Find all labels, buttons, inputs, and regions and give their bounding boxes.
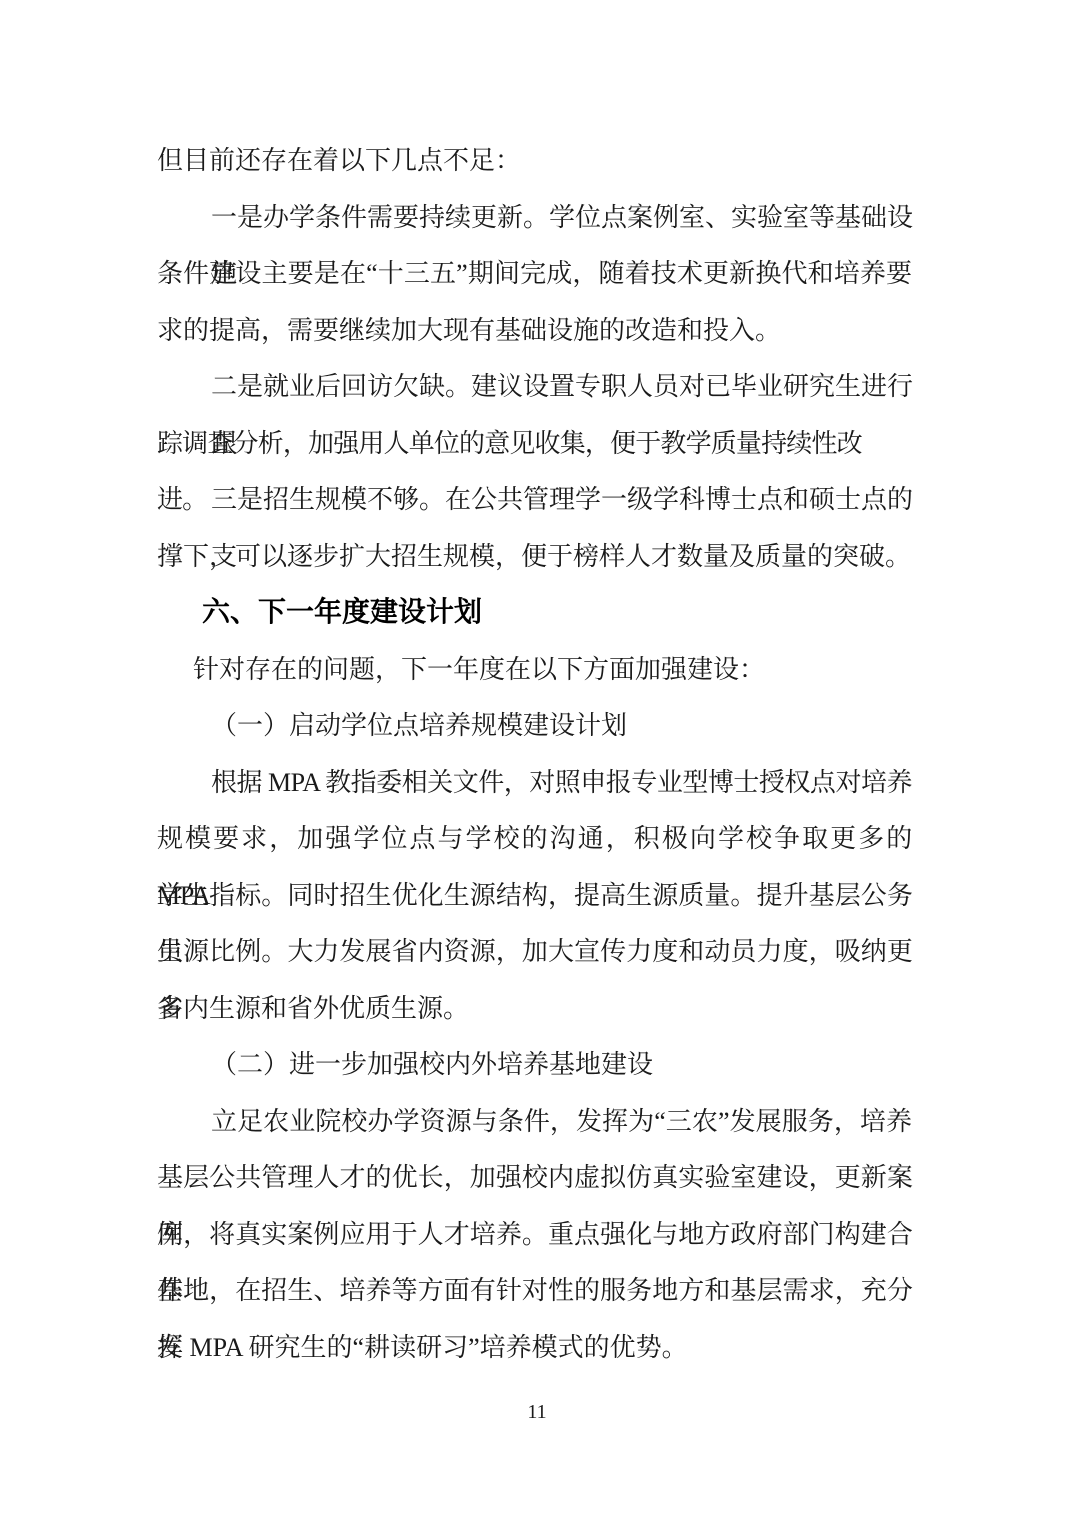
text-line: （一）启动学位点培养规模建设计划 — [157, 698, 912, 755]
text-line: 一是办学条件需要持续更新。学位点案例室、实验室等基础设施 — [157, 190, 912, 247]
para-plan-1: 根据 MPA 教指委相关文件，对照申报专业型博士授权点对培养规模要求，加强学位点… — [157, 755, 912, 1038]
text-line: 二是就业后回访欠缺。建议设置专职人员对已毕业研究生进行跟 — [157, 359, 912, 416]
page-number-footer: 11 — [0, 1400, 1074, 1424]
text-line: 立足农业院校办学资源与条件，发挥为“三农”发展服务，培养 — [157, 1094, 912, 1151]
text-line: 六、下一年度建设计划 — [157, 585, 912, 642]
text-line: 根据 MPA 教指委相关文件，对照申报专业型博士授权点对培养 — [157, 755, 912, 812]
text-line: 三是招生规模不够。在公共管理学一级学科博士点和硕士点的支 — [157, 472, 912, 529]
section-heading-6: 六、下一年度建设计划 — [157, 585, 912, 642]
para-intro: 针对存在的问题，下一年度在以下方面加强建设： — [157, 642, 912, 699]
text-line: 但目前还存在着以下几点不足： — [157, 133, 912, 190]
para-point-3: 三是招生规模不够。在公共管理学一级学科博士点和硕士点的支撑下，可以逐步扩大招生规… — [157, 472, 912, 585]
subheading-plan-1: （一）启动学位点培养规模建设计划 — [157, 698, 912, 755]
text-line: 生源比例。大力发展省内资源，加大宣传力度和动员力度，吸纳更多 — [157, 924, 912, 981]
para-point-1: 一是办学条件需要持续更新。学位点案例室、实验室等基础设施条件建设主要是在“十三五… — [157, 190, 912, 360]
text-line: 学生指标。同时招生优化生源结构，提高生源质量。提升基层公务员 — [157, 868, 912, 925]
text-line: 条件建设主要是在“十三五”期间完成，随着技术更新换代和培养要 — [157, 246, 912, 303]
text-line: 求的提高，需要继续加大现有基础设施的改造和投入。 — [157, 303, 912, 360]
text-line: 挥 MPA 研究生的“耕读研习”培养模式的优势。 — [157, 1320, 912, 1377]
text-line: 省内生源和省外优质生源。 — [157, 981, 912, 1038]
text-line: 基地，在招生、培养等方面有针对性的服务地方和基层需求，充分发 — [157, 1263, 912, 1320]
text-line: 库，将真实案例应用于人才培养。重点强化与地方政府部门构建合作 — [157, 1207, 912, 1264]
para-continuation: 但目前还存在着以下几点不足： — [157, 133, 912, 190]
text-line: 针对存在的问题，下一年度在以下方面加强建设： — [157, 642, 912, 699]
subheading-plan-2: （二）进一步加强校内外培养基地建设 — [157, 1037, 912, 1094]
text-line: （二）进一步加强校内外培养基地建设 — [157, 1037, 912, 1094]
document-text: 但目前还存在着以下几点不足：一是办学条件需要持续更新。学位点案例室、实验室等基础… — [157, 133, 912, 1376]
para-point-2: 二是就业后回访欠缺。建议设置专职人员对已毕业研究生进行跟踪调查分析，加强用人单位… — [157, 359, 912, 472]
text-line: 基层公共管理人才的优长，加强校内虚拟仿真实验室建设，更新案例 — [157, 1150, 912, 1207]
text-line: 撑下，可以逐步扩大招生规模，便于榜样人才数量及质量的突破。 — [157, 529, 912, 586]
text-line: 踪调查分析，加强用人单位的意见收集，便于教学质量持续性改进。 — [157, 416, 912, 473]
para-plan-2: 立足农业院校办学资源与条件，发挥为“三农”发展服务，培养基层公共管理人才的优长，… — [157, 1094, 912, 1377]
text-line: 规模要求，加强学位点与学校的沟通，积极向学校争取更多的 MPA — [157, 811, 912, 868]
